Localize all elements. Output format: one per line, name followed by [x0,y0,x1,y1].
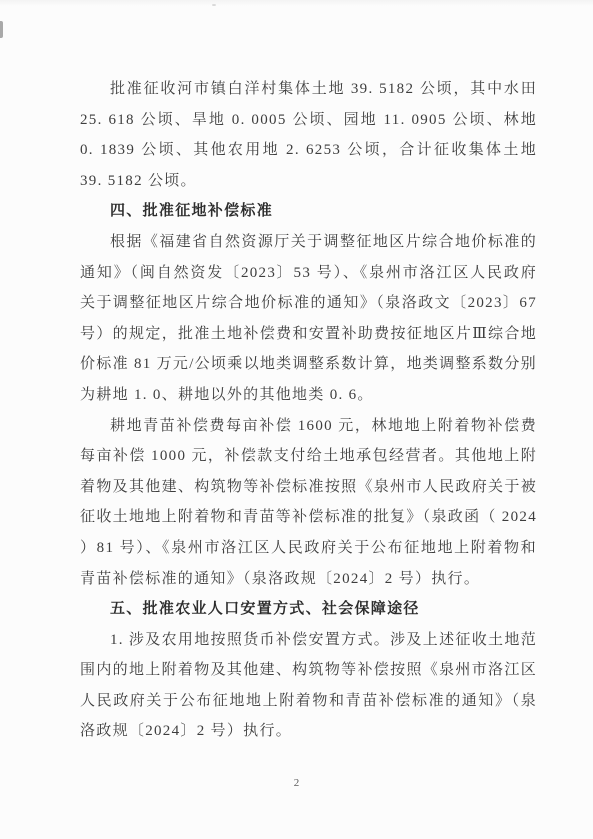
heading-section-5-resettlement: 五、批准农业人口安置方式、社会保障途径 [80,594,537,625]
paragraph-compensation-basis: 根据《福建省自然资源厅关于调整征地区片综合地价标准的通知》（闽自然资发〔2023… [80,227,537,411]
document-page: 批准征收河市镇白洋村集体土地 39. 5182 公顷，其中水田 25. 618 … [0,0,593,839]
heading-section-4-compensation-standard: 四、批准征地补偿标准 [80,196,537,227]
document-body: 批准征收河市镇白洋村集体土地 39. 5182 公顷，其中水田 25. 618 … [80,74,537,747]
paragraph-land-acquisition-summary: 批准征收河市镇白洋村集体土地 39. 5182 公顷，其中水田 25. 618 … [80,74,537,196]
page-number: 2 [0,777,593,789]
scan-speck [212,4,216,6]
scan-edge-artifact [0,21,3,38]
paragraph-monetary-resettlement: 1. 涉及农用地按照货币补偿安置方式。涉及上述征收土地范围内的地上附着物及其他建… [80,625,537,747]
paragraph-crop-and-attachment-compensation: 耕地青苗补偿费每亩补偿 1600 元，林地地上附着物补偿费每亩补偿 1000 元… [80,411,537,595]
